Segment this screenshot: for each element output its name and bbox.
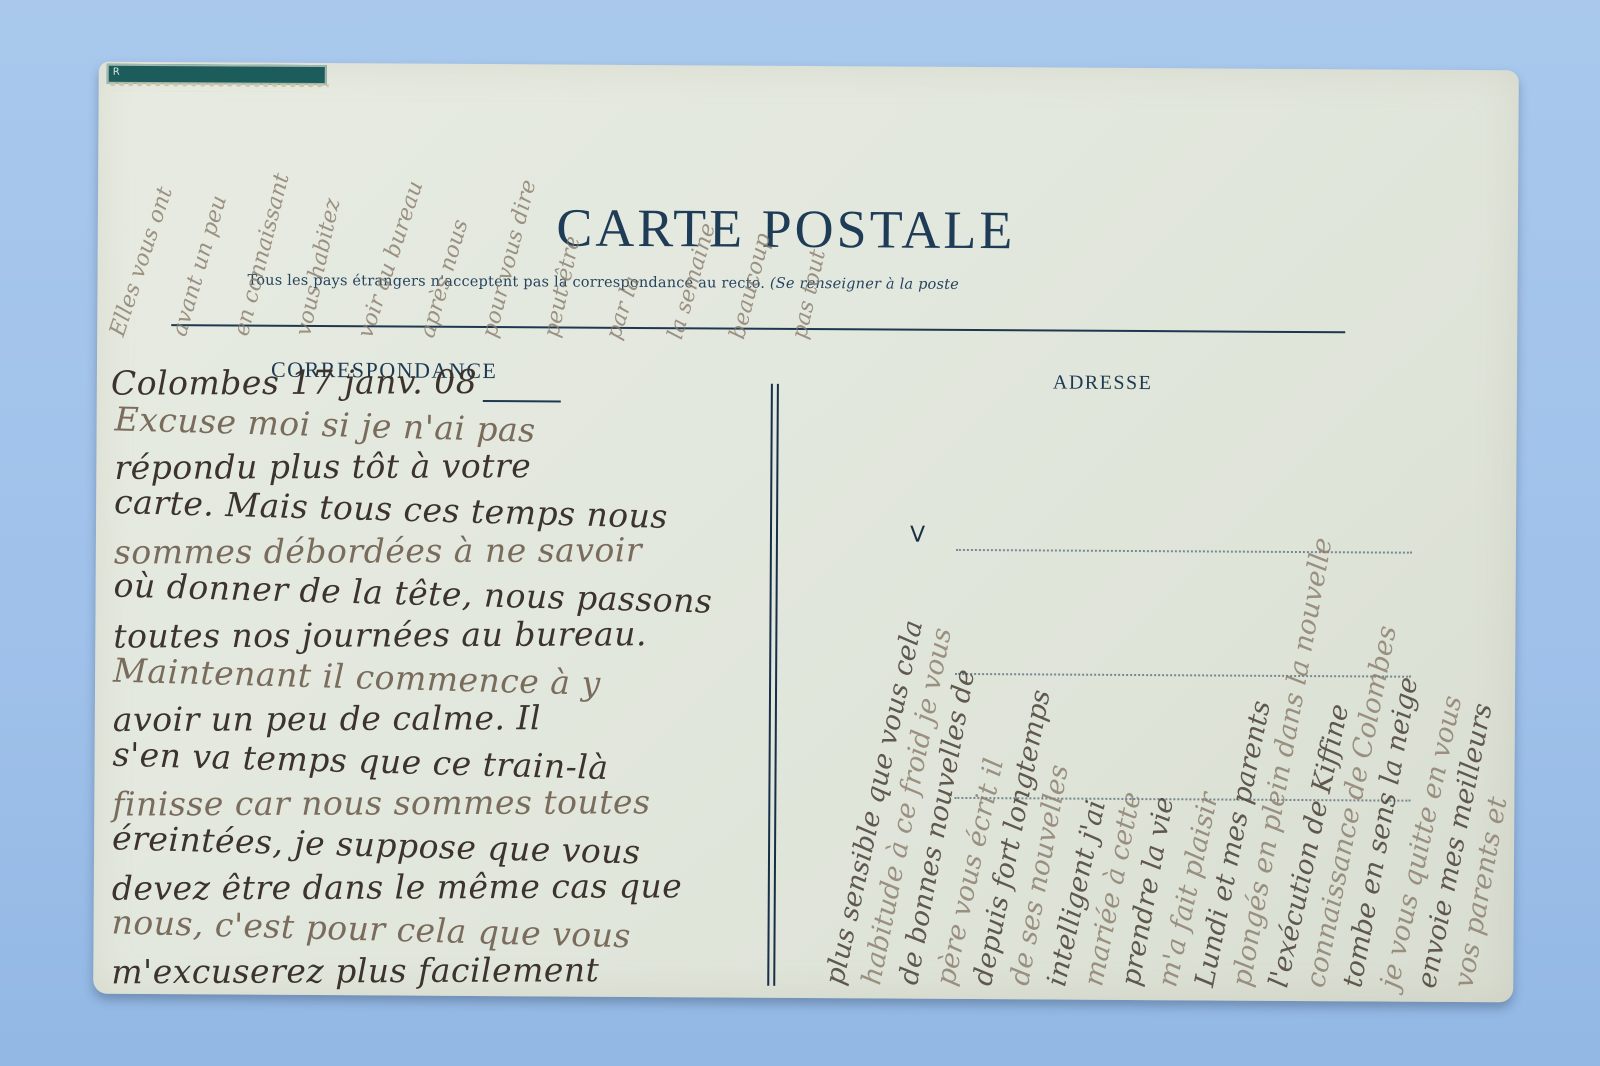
adresse-label: ADRESSE <box>1053 372 1153 396</box>
handwritten-line: répondu plus tôt à votre <box>114 446 531 487</box>
handwritten-line: Maintenant il commence à y <box>113 651 602 703</box>
handwritten-line: nous, c'est pour cela que vous <box>111 902 631 955</box>
handwritten-line: carte. Mais tous ces temps nous <box>114 482 669 536</box>
top-margin-line: vous habitez <box>291 196 345 338</box>
handwritten-line: devez être dans le même cas que <box>112 866 683 907</box>
top-margin-line: en connaissant <box>229 171 295 339</box>
handwritten-line: toutes nos journées au bureau. <box>113 614 647 655</box>
correspondance-underline <box>483 400 561 402</box>
handwritten-line: Colombes 17 janv. 08 <box>111 362 477 403</box>
top-margin-line: voir au bureau <box>353 178 428 341</box>
handwritten-line: m'excuserez plus facilement <box>111 950 599 991</box>
handwritten-line: avoir un peu de calme. Il <box>113 698 541 739</box>
stamp-letter: R <box>113 67 120 78</box>
address-line <box>956 549 1412 554</box>
handwritten-line: éreintées, je suppose que vous <box>112 818 641 871</box>
center-divider <box>767 384 779 986</box>
top-margin-line: pour vous dire <box>477 177 541 340</box>
top-margin-line: Elles vous ont <box>105 184 178 340</box>
handwritten-line: finisse car nous sommes toutes <box>112 782 650 823</box>
postcard: R CARTE POSTALE Tous les pays étrangers … <box>93 62 1519 1003</box>
handwritten-line: Excuse moi si je n'ai pas <box>114 399 536 449</box>
header-rule <box>171 324 1345 333</box>
handwritten-line: s'en va temps que ce train-là <box>112 735 609 787</box>
postcard-title: CARTE POSTALE <box>526 196 1046 261</box>
handwritten-line: sommes débordées à ne savoir <box>114 530 642 571</box>
handwritten-line: où donner de la tête, nous passons <box>113 566 713 621</box>
stamp-remnant: R <box>107 64 327 85</box>
top-margin-line: avant un peu <box>167 193 232 339</box>
address-mark: V <box>910 523 925 548</box>
address-line <box>955 673 1411 678</box>
